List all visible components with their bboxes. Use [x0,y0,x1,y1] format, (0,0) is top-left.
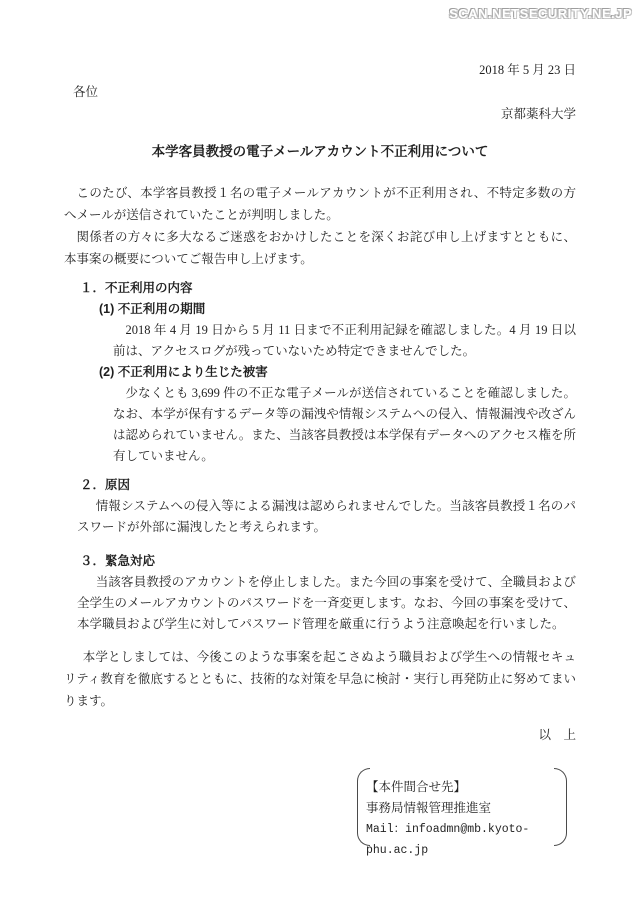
intro-paragraph-1: このたび、本学客員教授１名の電子メールアカウントが不正利用され、不特定多数の方へ… [64,182,576,226]
section-1-item-1-heading: (1) 不正利用の期間 [99,299,576,320]
document-date: 2018 年 5 月 23 日 [64,59,576,81]
section-3-body: 当該客員教授のアカウントを停止しました。また今回の事案を受けて、全職員および全学… [77,572,576,635]
section-3-heading: ３．緊急対応 [80,551,576,572]
section-2-body: 情報システムへの侵入等による漏洩は認められませんでした。当該客員教授１名のパスワ… [77,496,576,538]
section-1: １．不正利用の内容 (1) 不正利用の期間 2018 年 4 月 19 日から … [64,278,576,467]
document-content: 2018 年 5 月 23 日 各位 京都薬科大学 本学客員教授の電子メールアカ… [0,59,640,846]
contact-box: 【本件間合せ先】 事務局情報管理推進室 Mail：infoadmn@mb.kyo… [357,768,567,846]
section-1-item-1-body: 2018 年 4 月 19 日から 5 月 11 日まで不正利用記録を確認しまし… [113,320,576,362]
signoff: 以 上 [64,724,576,746]
contact-email: Mail：infoadmn@mb.kyoto-phu.ac.jp [366,819,558,861]
section-2-heading: ２．原因 [80,475,576,496]
contact-title: 【本件間合せ先】 [366,777,558,798]
watermark: SCAN.NETSECURITY.NE.JP [449,3,632,25]
section-3: ３．緊急対応 当該客員教授のアカウントを停止しました。また今回の事案を受けて、全… [64,551,576,635]
closing-paragraph: 本学としましては、今後このような事案を起こさぬよう職員および学生への情報セキュリ… [64,646,576,712]
contact-department: 事務局情報管理推進室 [366,798,558,819]
recipient-line: 各位 [73,81,576,103]
document-page: SCAN.NETSECURITY.NE.JP 2018 年 5 月 23 日 各… [0,0,640,905]
contact-lines: 【本件間合せ先】 事務局情報管理推進室 Mail：infoadmn@mb.kyo… [366,777,558,861]
section-1-heading: １．不正利用の内容 [80,278,576,299]
intro-paragraph-2: 関係者の方々に多大なるご迷惑をおかけしたことを深くお詫び申し上げますとともに、本… [64,226,576,270]
section-1-item-2-heading: (2) 不正利用により生じた被害 [99,362,576,383]
document-title: 本学客員教授の電子メールアカウント不正利用について [64,141,576,163]
organization-name: 京都薬科大学 [64,103,576,125]
section-1-item-2-body: 少なくとも 3,699 件の不正な電子メールが送信されていることを確認しました。… [113,383,576,467]
section-2: ２．原因 情報システムへの侵入等による漏洩は認められませんでした。当該客員教授１… [64,475,576,538]
sections: １．不正利用の内容 (1) 不正利用の期間 2018 年 4 月 19 日から … [64,278,576,635]
